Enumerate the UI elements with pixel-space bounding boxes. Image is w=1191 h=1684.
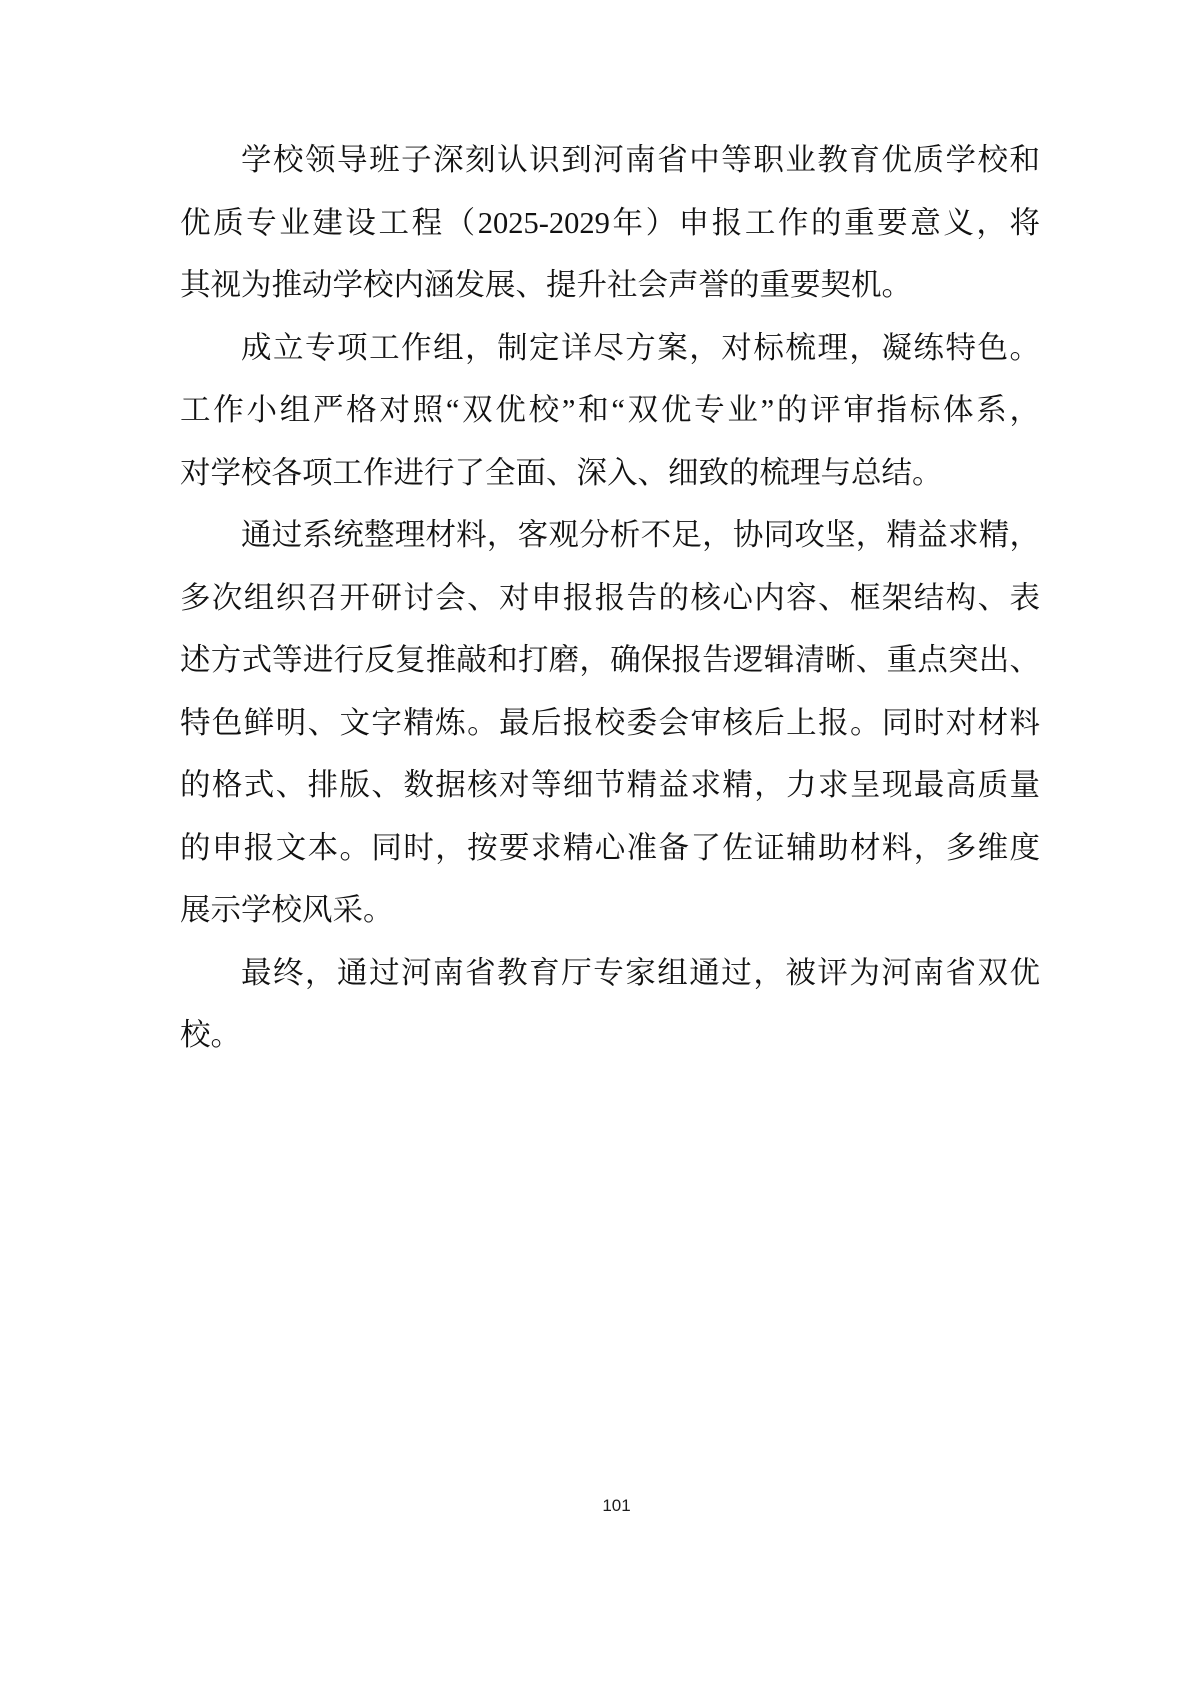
- text-line: 其视为推动学校内涵发展、提升社会声誉的重要契机。: [180, 254, 1040, 317]
- text-line: 特色鲜明、文字精炼。最后报校委会审核后上报。同时对材料: [180, 692, 1040, 755]
- document-page: 学校领导班子深刻认识到河南省中等职业教育优质学校和优质专业建设工程（2025-2…: [0, 0, 1191, 1684]
- paragraph: 通过系统整理材料，客观分析不足，协同攻坚，精益求精，多次组织召开研讨会、对申报报…: [180, 504, 1040, 942]
- page-number: 101: [42, 1496, 1191, 1516]
- text-line: 最终，通过河南省教育厅专家组通过，被评为河南省双优: [180, 942, 1040, 1005]
- text-line: 的申报文本。同时，按要求精心准备了佐证辅助材料，多维度: [180, 817, 1040, 880]
- text-line: 述方式等进行反复推敲和打磨，确保报告逻辑清晰、重点突出、: [180, 629, 1040, 692]
- text-line: 对学校各项工作进行了全面、深入、细致的梳理与总结。: [180, 442, 1040, 505]
- text-line: 多次组织召开研讨会、对申报报告的核心内容、框架结构、表: [180, 567, 1040, 630]
- paragraph: 最终，通过河南省教育厅专家组通过，被评为河南省双优校。: [180, 942, 1040, 1067]
- text-line: 校。: [180, 1004, 1040, 1067]
- text-line: 展示学校风采。: [180, 879, 1040, 942]
- text-line: 通过系统整理材料，客观分析不足，协同攻坚，精益求精，: [180, 504, 1040, 567]
- text-line: 成立专项工作组，制定详尽方案，对标梳理，凝练特色。: [180, 317, 1040, 380]
- text-line: 优质专业建设工程（2025-2029年）申报工作的重要意义，将: [180, 192, 1040, 255]
- text-line: 工作小组严格对照“双优校”和“双优专业”的评审指标体系，: [180, 379, 1040, 442]
- paragraph: 成立专项工作组，制定详尽方案，对标梳理，凝练特色。工作小组严格对照“双优校”和“…: [180, 317, 1040, 505]
- text-content: 学校领导班子深刻认识到河南省中等职业教育优质学校和优质专业建设工程（2025-2…: [180, 129, 1040, 1067]
- paragraph: 学校领导班子深刻认识到河南省中等职业教育优质学校和优质专业建设工程（2025-2…: [180, 129, 1040, 317]
- text-line: 的格式、排版、数据核对等细节精益求精，力求呈现最高质量: [180, 754, 1040, 817]
- text-line: 学校领导班子深刻认识到河南省中等职业教育优质学校和: [180, 129, 1040, 192]
